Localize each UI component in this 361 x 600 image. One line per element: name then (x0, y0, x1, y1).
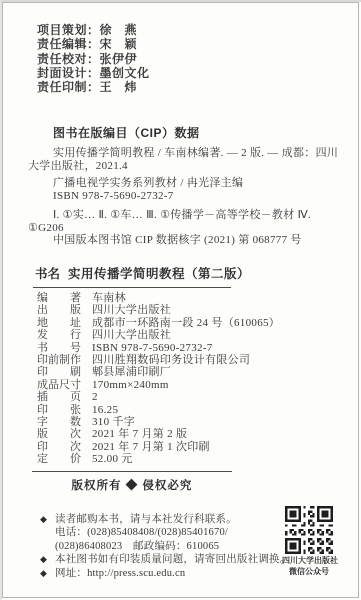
detail-label: 编 著 (37, 292, 81, 304)
reader-notes-block: ◆ 读者邮购本书，请与本社发行科联系。 电话：(028)85408408/(02… (40, 513, 280, 580)
diamond-bullet-icon: ◆ (40, 513, 55, 553)
detail-label: 印 张 (37, 404, 81, 416)
book-title-value: 实用传播学简明教程（第二版） (68, 267, 250, 281)
publication-details-list: 编 著车南林 出 版四川大学出版社 地 址成都市一环路南一段 24 号（6100… (37, 292, 280, 465)
staff-name: 徐 燕 (100, 23, 138, 37)
detail-value: 170mm×240mm (92, 379, 169, 391)
staff-label: 项目策划： (37, 23, 100, 37)
staff-label: 封面设计： (37, 66, 100, 80)
detail-label: 定 价 (37, 453, 81, 465)
staff-name: 张伊伊 (100, 52, 138, 66)
staff-name: 墨创文化 (100, 66, 150, 80)
diamond-bullet-icon: ◆ (40, 553, 55, 566)
diamond-bullet-icon: ◆ (40, 567, 55, 580)
qr-code (285, 506, 333, 554)
book-title-label: 书名 (35, 264, 61, 282)
title-underline (33, 287, 231, 288)
note-item-mail-order: ◆ 读者邮购本书，请与本社发行科联系。 电话：(028)85408408/(02… (40, 513, 280, 553)
detail-label: 发 行 (37, 329, 81, 341)
scan-edge-top (0, 0, 361, 2)
detail-value: 成都市一环路南一段 24 号（610065） (92, 317, 280, 329)
cip-title-line: 实用传播学简明教程 / 车南林编著. — 2 版. — 成都：四川大学出版社，2… (28, 147, 340, 173)
detail-row-size: 成品尺寸170mm×240mm (37, 379, 280, 391)
staff-label: 责任印制： (37, 80, 100, 94)
cip-record-number: 中国版本图书馆 CIP 数据核字 (2021) 第 068777 号 (53, 231, 302, 247)
detail-label: 地 址 (37, 317, 81, 329)
note-line-url: 网址：http://press.scu.edu.cn (55, 567, 280, 580)
detail-label: 书 号 (37, 342, 81, 354)
staff-row-project-planner: 项目策划：徐 燕 (37, 23, 150, 37)
staff-label: 责任校对： (37, 52, 100, 66)
copyright-notice: 版权所有 ◆ 侵权必究 (32, 477, 232, 493)
staff-label: 责任编辑： (37, 37, 100, 51)
detail-label: 字 数 (37, 416, 81, 428)
detail-label: 印前制作 (37, 354, 81, 366)
detail-row-inserts: 插 页2 (37, 391, 280, 403)
detail-row-distributor: 发 行四川大学出版社 (37, 329, 280, 341)
detail-label: 印 次 (37, 441, 81, 453)
staff-row-editor: 责任编辑：宋 颖 (37, 37, 150, 51)
detail-value: 2 (92, 391, 98, 403)
details-underline (32, 471, 232, 472)
note-line: 读者邮购本书，请与本社发行科联系。 (55, 513, 280, 526)
note-line-phone: 电话：(028)85408408/(028)85401670/ (55, 526, 280, 539)
note-item-website: ◆ 网址：http://press.scu.edu.cn (40, 567, 280, 580)
detail-row-address: 地 址成都市一环路南一段 24 号（610065） (37, 317, 280, 329)
copyright-page: 项目策划：徐 燕 责任编辑：宋 颖 责任校对：张伊伊 封面设计：墨创文化 责任印… (0, 0, 361, 600)
qr-caption: 四川大学出版社 微信公众号 (282, 556, 336, 577)
detail-value: 310 千字 (92, 416, 135, 428)
detail-label: 成品尺寸 (37, 379, 81, 391)
detail-row-printer: 印 刷郫县犀浦印刷厂 (37, 366, 280, 378)
detail-value: 四川大学出版社 (92, 304, 171, 316)
staff-name: 宋 颖 (100, 37, 138, 51)
note-line-postcode: (028)86408023 邮政编码：610065 (55, 540, 280, 553)
detail-value: 车南林 (92, 292, 126, 304)
detail-row-isbn: 书 号ISBN 978-7-5690-2732-7 (37, 342, 280, 354)
scan-edge-left (0, 0, 2, 600)
cip-isbn-line: ISBN 978-7-5690-2732-7 (28, 190, 340, 203)
detail-value: 四川大学出版社 (92, 329, 171, 341)
detail-label: 出 版 (37, 304, 81, 316)
detail-row-author: 编 著车南林 (37, 292, 280, 304)
detail-value: 52.00 元 (92, 453, 133, 465)
cip-header: 图书在版编目（CIP）数据 (53, 127, 340, 140)
note-line: 本社图书如有印装质量问题，请寄回出版社调换。 (55, 553, 290, 566)
wechat-qr-block: 四川大学出版社 微信公众号 (282, 506, 336, 577)
detail-label: 印 刷 (37, 366, 81, 378)
detail-value: ISBN 978-7-5690-2732-7 (92, 342, 213, 354)
cip-data-block: 图书在版编目（CIP）数据 实用传播学简明教程 / 车南林编著. — 2 版. … (28, 127, 340, 235)
staff-name: 王 炜 (100, 80, 138, 94)
staff-credits-block: 项目策划：徐 燕 责任编辑：宋 颖 责任校对：张伊伊 封面设计：墨创文化 责任印… (37, 23, 150, 94)
detail-row-wordcount: 字 数310 千字 (37, 416, 280, 428)
detail-value: 郫县犀浦印刷厂 (92, 366, 171, 378)
note-item-quality: ◆ 本社图书如有印装质量问题，请寄回出版社调换。 (40, 553, 280, 566)
qr-caption-line1: 四川大学出版社 (282, 556, 336, 567)
detail-row-edition: 版 次2021 年 7 月第 2 版 (37, 428, 280, 440)
detail-value: 四川胜翔数码印务设计有限公司 (92, 354, 250, 366)
detail-value: 2021 年 7 月第 1 次印刷 (92, 441, 210, 453)
cip-series-line: 广播电视学实务系列教材 / 冉光泽主编 (28, 177, 340, 190)
detail-row-impression: 印 次2021 年 7 月第 1 次印刷 (37, 441, 280, 453)
detail-value: 16.25 (92, 404, 118, 416)
detail-row-price: 定 价52.00 元 (37, 453, 280, 465)
detail-label: 版 次 (37, 428, 81, 440)
detail-row-prepress: 印前制作四川胜翔数码印务设计有限公司 (37, 354, 280, 366)
book-title-row: 书名实用传播学简明教程（第二版） (35, 264, 250, 282)
detail-row-publisher: 出 版四川大学出版社 (37, 304, 280, 316)
staff-row-print-supervisor: 责任印制：王 炜 (37, 80, 150, 94)
qr-caption-line2: 微信公众号 (282, 567, 336, 578)
detail-value: 2021 年 7 月第 2 版 (92, 428, 187, 440)
detail-label: 插 页 (37, 391, 81, 403)
staff-row-proofreader: 责任校对：张伊伊 (37, 52, 150, 66)
staff-row-cover-design: 封面设计：墨创文化 (37, 66, 150, 80)
detail-row-sheets: 印 张16.25 (37, 404, 280, 416)
